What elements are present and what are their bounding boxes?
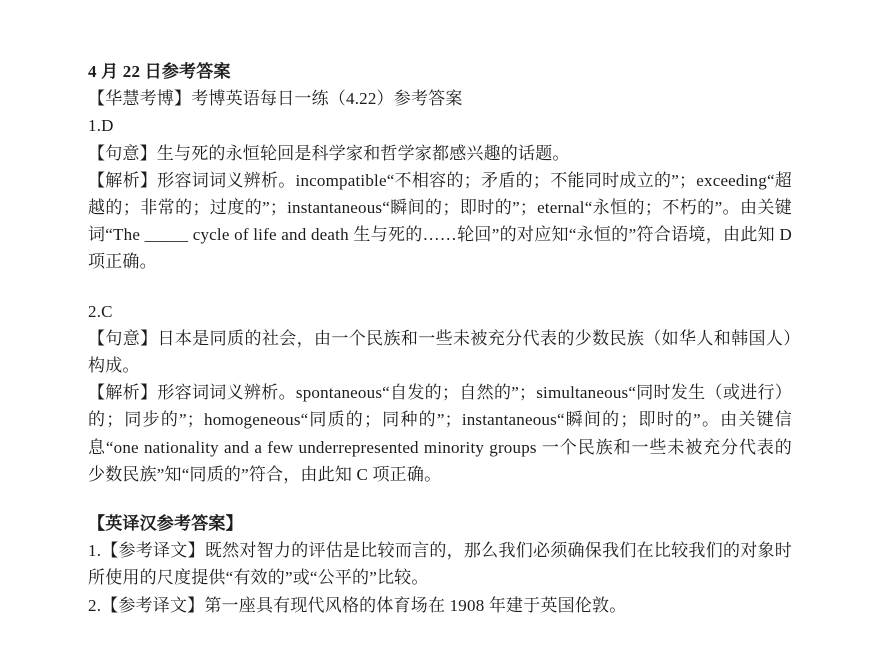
document-subtitle: 【华慧考博】考博英语每日一练（4.22）参考答案 (88, 85, 792, 112)
document-title: 4 月 22 日参考答案 (88, 58, 792, 85)
question1-meaning: 【句意】生与死的永恒轮回是科学家和哲学家都感兴趣的话题。 (88, 140, 792, 167)
translation-item-1: 1.【参考译文】既然对智力的评估是比较而言的，那么我们必须确保我们在比较我们的对… (88, 537, 792, 591)
question2-answer: 2.C (88, 298, 792, 325)
question2-meaning: 【句意】日本是同质的社会，由一个民族和一些未被充分代表的少数民族（如华人和韩国人… (88, 325, 792, 379)
translation-section-heading: 【英译汉参考答案】 (88, 510, 792, 537)
document-page: 4 月 22 日参考答案 【华慧考博】考博英语每日一练（4.22）参考答案 1.… (0, 0, 881, 654)
document-body: 4 月 22 日参考答案 【华慧考博】考博英语每日一练（4.22）参考答案 1.… (88, 58, 792, 619)
question1-answer: 1.D (88, 112, 792, 139)
translation-item-2: 2.【参考译文】第一座具有现代风格的体育场在 1908 年建于英国伦敦。 (88, 592, 792, 619)
question2-analysis: 【解析】形容词词义辨析。spontaneous“自发的；自然的”；simulta… (88, 379, 792, 488)
question1-analysis: 【解析】形容词词义辨析。incompatible“不相容的；矛盾的；不能同时成立… (88, 167, 792, 276)
